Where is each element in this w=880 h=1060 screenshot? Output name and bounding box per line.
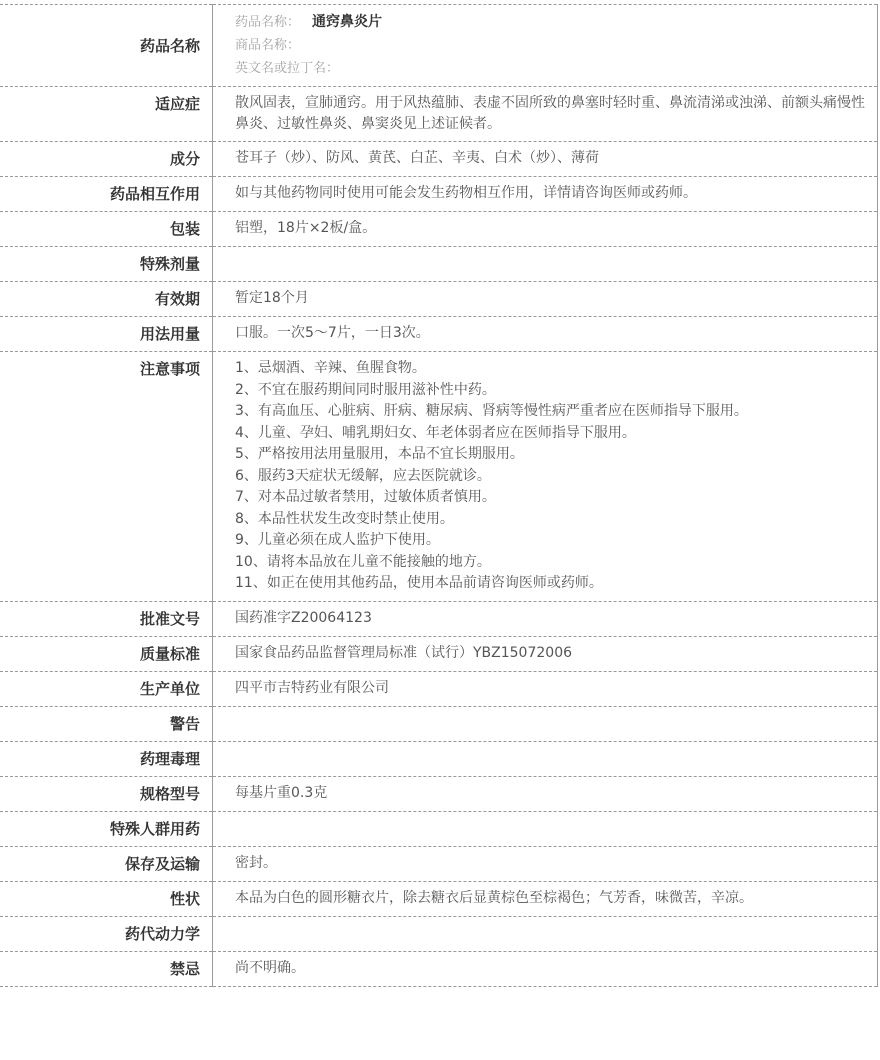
- table-row: 质量标准国家食品药品监督管理局标准（试行）YBZ15072006: [0, 636, 878, 671]
- table-row: 药品相互作用如与其他药物同时使用可能会发生药物相互作用，详情请咨询医师或药师。: [0, 177, 878, 212]
- row-content-text: [235, 713, 865, 733]
- row-label: 禁忌: [0, 951, 213, 986]
- row-content-text: 散风固表，宣肺通窍。用于风热蕴肺、表虚不固所致的鼻塞时轻时重、鼻流清涕或浊涕、前…: [235, 93, 865, 135]
- note-item: 7、对本品过敏者禁用，过敏体质者慎用。: [235, 487, 865, 509]
- note-item: 3、有高血压、心脏病、肝病、糖尿病、肾病等慢性病严重者应在医师指导下服用。: [235, 401, 865, 423]
- row-content-text: 如与其他药物同时使用可能会发生药物相互作用，详情请咨询医师或药师。: [235, 183, 865, 204]
- row-content: 国药准字Z20064123: [213, 601, 878, 636]
- table-row: 成分苍耳子（炒）、防风、黄芪、白芷、辛夷、白术（炒）、薄荷: [0, 142, 878, 177]
- row-content-text: 每基片重0.3克: [235, 783, 865, 804]
- note-item: 8、本品性状发生改变时禁止使用。: [235, 509, 865, 531]
- row-label: 药品相互作用: [0, 177, 213, 212]
- table-row: 药代动力学: [0, 916, 878, 951]
- drug-name-line: 英文名或拉丁名：: [235, 57, 865, 80]
- row-content-text: 口服。一次5～7片，一日3次。: [235, 323, 865, 344]
- row-content: 1、忌烟酒、辛辣、鱼腥食物。2、不宜在服药期间同时服用滋补性中药。3、有高血压、…: [213, 352, 878, 602]
- row-label: 成分: [0, 142, 213, 177]
- note-item: 1、忌烟酒、辛辣、鱼腥食物。: [235, 358, 865, 380]
- row-label: 警告: [0, 706, 213, 741]
- row-content: [213, 811, 878, 846]
- row-label: 质量标准: [0, 636, 213, 671]
- row-content: 暂定18个月: [213, 282, 878, 317]
- note-item: 10、请将本品放在儿童不能接触的地方。: [235, 552, 865, 574]
- row-content: 药品名称：通窍鼻炎片商品名称：英文名或拉丁名：: [213, 5, 878, 87]
- row-content-text: 密封。: [235, 853, 865, 874]
- table-row: 适应症散风固表，宣肺通窍。用于风热蕴肺、表虚不固所致的鼻塞时轻时重、鼻流清涕或浊…: [0, 87, 878, 142]
- row-content: 密封。: [213, 846, 878, 881]
- row-label: 包装: [0, 212, 213, 247]
- row-content-text: 铝塑，18片×2板/盒。: [235, 218, 865, 239]
- row-label: 有效期: [0, 282, 213, 317]
- row-label: 特殊剂量: [0, 247, 213, 282]
- drug-name-sub-label: 商品名称：: [235, 38, 300, 53]
- row-label: 药理毒理: [0, 741, 213, 776]
- row-label: 批准文号: [0, 601, 213, 636]
- table-row: 禁忌尚不明确。: [0, 951, 878, 986]
- row-content-text: 本品为白色的圆形糖衣片，除去糖衣后显黄棕色至棕褐色；气芳香，味微苦，辛凉。: [235, 888, 865, 909]
- row-label: 药代动力学: [0, 916, 213, 951]
- table-row: 注意事项1、忌烟酒、辛辣、鱼腥食物。2、不宜在服药期间同时服用滋补性中药。3、有…: [0, 352, 878, 602]
- table-row: 特殊剂量: [0, 247, 878, 282]
- table-row: 警告: [0, 706, 878, 741]
- row-label: 生产单位: [0, 671, 213, 706]
- row-label: 用法用量: [0, 317, 213, 352]
- table-row: 包装铝塑，18片×2板/盒。: [0, 212, 878, 247]
- row-content: 铝塑，18片×2板/盒。: [213, 212, 878, 247]
- row-label: 规格型号: [0, 776, 213, 811]
- row-content-text: [235, 253, 865, 273]
- row-label: 注意事项: [0, 352, 213, 602]
- drug-info-table: 药品名称药品名称：通窍鼻炎片商品名称：英文名或拉丁名：适应症散风固表，宣肺通窍。…: [0, 4, 878, 987]
- drug-name-line: 商品名称：: [235, 34, 865, 57]
- row-content-text: 国家食品药品监督管理局标准（试行）YBZ15072006: [235, 643, 865, 664]
- row-content: 散风固表，宣肺通窍。用于风热蕴肺、表虚不固所致的鼻塞时轻时重、鼻流清涕或浊涕、前…: [213, 87, 878, 142]
- row-content-text: [235, 923, 865, 943]
- note-item: 9、儿童必须在成人监护下使用。: [235, 530, 865, 552]
- table-row: 有效期暂定18个月: [0, 282, 878, 317]
- note-item: 2、不宜在服药期间同时服用滋补性中药。: [235, 380, 865, 402]
- drug-name-sub-label: 药品名称：: [235, 15, 300, 30]
- drug-name-value: 通窍鼻炎片: [312, 14, 382, 30]
- row-content: 苍耳子（炒）、防风、黄芪、白芷、辛夷、白术（炒）、薄荷: [213, 142, 878, 177]
- row-content: 本品为白色的圆形糖衣片，除去糖衣后显黄棕色至棕褐色；气芳香，味微苦，辛凉。: [213, 881, 878, 916]
- table-row: 药理毒理: [0, 741, 878, 776]
- note-item: 4、儿童、孕妇、哺乳期妇女、年老体弱者应在医师指导下服用。: [235, 423, 865, 445]
- note-item: 6、服药3天症状无缓解，应去医院就诊。: [235, 466, 865, 488]
- row-content: [213, 741, 878, 776]
- row-content: 口服。一次5～7片，一日3次。: [213, 317, 878, 352]
- table-row: 批准文号国药准字Z20064123: [0, 601, 878, 636]
- row-content-text: [235, 818, 865, 838]
- table-row: 药品名称药品名称：通窍鼻炎片商品名称：英文名或拉丁名：: [0, 5, 878, 87]
- table-row: 用法用量口服。一次5～7片，一日3次。: [0, 317, 878, 352]
- row-content-text: 国药准字Z20064123: [235, 608, 865, 629]
- drug-name-line: 药品名称：通窍鼻炎片: [235, 11, 865, 34]
- table-row: 规格型号每基片重0.3克: [0, 776, 878, 811]
- row-label: 性状: [0, 881, 213, 916]
- row-label: 药品名称: [0, 5, 213, 87]
- row-label: 特殊人群用药: [0, 811, 213, 846]
- table-row: 生产单位四平市吉特药业有限公司: [0, 671, 878, 706]
- table-row: 性状本品为白色的圆形糖衣片，除去糖衣后显黄棕色至棕褐色；气芳香，味微苦，辛凉。: [0, 881, 878, 916]
- row-content-text: 四平市吉特药业有限公司: [235, 678, 865, 699]
- drug-info-table-body: 药品名称药品名称：通窍鼻炎片商品名称：英文名或拉丁名：适应症散风固表，宣肺通窍。…: [0, 5, 878, 987]
- row-content: [213, 247, 878, 282]
- table-row: 特殊人群用药: [0, 811, 878, 846]
- row-content: 每基片重0.3克: [213, 776, 878, 811]
- row-content: 国家食品药品监督管理局标准（试行）YBZ15072006: [213, 636, 878, 671]
- note-item: 5、严格按用法用量服用，本品不宜长期服用。: [235, 444, 865, 466]
- row-label: 适应症: [0, 87, 213, 142]
- row-content: [213, 916, 878, 951]
- row-content: 尚不明确。: [213, 951, 878, 986]
- drug-name-sub-label: 英文名或拉丁名：: [235, 61, 339, 76]
- row-content-text: 苍耳子（炒）、防风、黄芪、白芷、辛夷、白术（炒）、薄荷: [235, 148, 865, 169]
- note-item: 11、如正在使用其他药品，使用本品前请咨询医师或药师。: [235, 573, 865, 595]
- row-content-text: 暂定18个月: [235, 288, 865, 309]
- row-content: [213, 706, 878, 741]
- row-label: 保存及运输: [0, 846, 213, 881]
- row-content-text: [235, 748, 865, 768]
- row-content-text: 尚不明确。: [235, 958, 865, 979]
- row-content: 如与其他药物同时使用可能会发生药物相互作用，详情请咨询医师或药师。: [213, 177, 878, 212]
- table-row: 保存及运输密封。: [0, 846, 878, 881]
- row-content: 四平市吉特药业有限公司: [213, 671, 878, 706]
